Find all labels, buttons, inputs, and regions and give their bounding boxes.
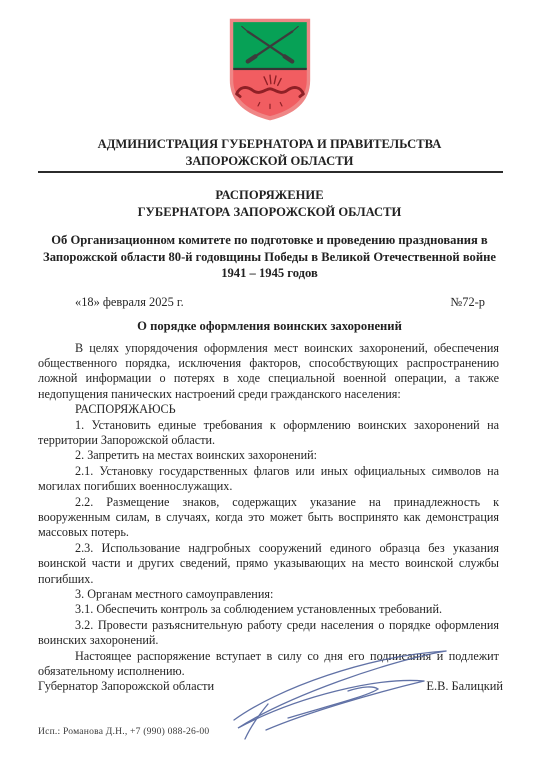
doc-body: В целях упорядочения оформления мест вои… — [38, 341, 499, 680]
header-divider — [38, 171, 503, 173]
closing-paragraph: Настоящее распоряжение вступает в силу с… — [38, 649, 499, 680]
signer-position: Губернатор Запорожской области — [38, 679, 214, 694]
executor-note: Исп.: Романова Д.Н., +7 (990) 088-26-00 — [38, 726, 209, 737]
coat-of-arms-icon — [227, 17, 313, 123]
doc-type-line2: ГУБЕРНАТОРА ЗАПОРОЖСКОЙ ОБЛАСТИ — [0, 204, 539, 221]
document-page: АДМИНИСТРАЦИЯ ГУБЕРНАТОРА И ПРАВИТЕЛЬСТВ… — [0, 0, 539, 776]
preamble-paragraph: В целях упорядочения оформления мест вои… — [38, 341, 499, 403]
doc-date: «18» февраля 2025 г. — [75, 295, 184, 310]
doc-number: №72-р — [450, 295, 485, 310]
section-title: О порядке оформления воинских захоронени… — [0, 319, 539, 334]
order-item: 2.1. Установку государственных флагов ил… — [38, 464, 499, 495]
emblem-container — [0, 0, 539, 128]
org-header-line1: АДМИНИСТРАЦИЯ ГУБЕРНАТОРА И ПРАВИТЕЛЬСТВ… — [0, 136, 539, 153]
order-item: 2.3. Использование надгробных сооружений… — [38, 541, 499, 587]
resolve-word: РАСПОРЯЖАЮСЬ — [38, 402, 499, 417]
doc-subject: Об Организационном комитете по подготовк… — [31, 232, 509, 282]
order-item: 3.1. Обеспечить контроль за соблюдением … — [38, 602, 499, 617]
order-item: 2. Запретить на местах воинских захороне… — [38, 448, 499, 463]
order-item: 2.2. Размещение знаков, содержащих указа… — [38, 495, 499, 541]
doc-type-heading: РАСПОРЯЖЕНИЕ ГУБЕРНАТОРА ЗАПОРОЖСКОЙ ОБЛ… — [0, 187, 539, 220]
org-header-line2: ЗАПОРОЖСКОЙ ОБЛАСТИ — [0, 153, 539, 170]
order-item: 1. Установить единые требования к оформл… — [38, 418, 499, 449]
org-header: АДМИНИСТРАЦИЯ ГУБЕРНАТОРА И ПРАВИТЕЛЬСТВ… — [0, 136, 539, 169]
order-item: 3. Органам местного самоуправления: — [38, 587, 499, 602]
signature-row: Губернатор Запорожской области Е.В. Бали… — [38, 679, 503, 694]
doc-type-line1: РАСПОРЯЖЕНИЕ — [0, 187, 539, 204]
order-item: 3.2. Провести разъяснительную работу сре… — [38, 618, 499, 649]
signer-name: Е.В. Балицкий — [426, 679, 503, 694]
date-number-row: «18» февраля 2025 г. №72-р — [0, 295, 539, 310]
